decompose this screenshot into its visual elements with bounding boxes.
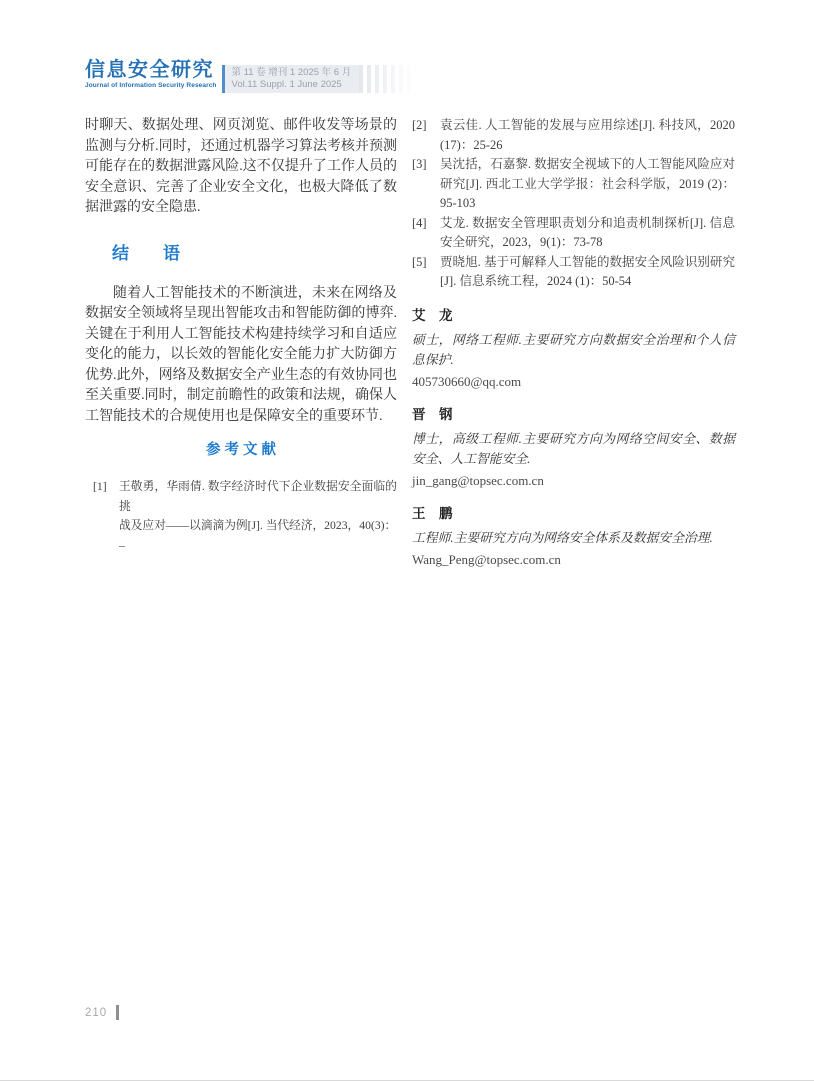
reference-item-2: [2] 袁云佳. 人工智能的发展与应用综述[J]. 科技风，2020 (17)：… — [412, 116, 735, 155]
left-column: 时聊天、数据处理、网页浏览、邮件收发等场景的监测与分析.同时，还通过机器学习算法… — [85, 116, 397, 585]
intro-paragraph: 时聊天、数据处理、网页浏览、邮件收发等场景的监测与分析.同时，还通过机器学习算法… — [85, 116, 397, 219]
author-email: Wang_Peng@topsec.com.cn — [412, 550, 735, 569]
page-number-bar-decoration — [116, 1005, 119, 1020]
reference-item-3: [3] 吴沈括，石嘉黎. 数据安全视域下的人工智能风险应对研究[J]. 西北工业… — [412, 155, 735, 214]
journal-title-en: Journal of Information Security Research — [85, 82, 217, 89]
reference-item-4: [4] 艾龙. 数据安全管理职责划分和追责机制探析[J]. 信息安全研究，202… — [412, 214, 735, 253]
author-name: 王 鹏 — [412, 506, 735, 522]
header-stripes-decoration — [359, 65, 417, 93]
two-column-body: 时聊天、数据处理、网页浏览、邮件收发等场景的监测与分析.同时，还通过机器学习算法… — [85, 116, 735, 585]
journal-header: 信息安全研究 Journal of Information Security R… — [85, 60, 417, 93]
reference-text: 吴沈括，石嘉黎. 数据安全视域下的人工智能风险应对研究[J]. 西北工业大学学报… — [440, 155, 735, 214]
right-column: [2] 袁云佳. 人工智能的发展与应用综述[J]. 科技风，2020 (17)：… — [412, 116, 735, 585]
reference-label: [3] — [412, 155, 427, 175]
author-bio-text: 工程师.主要研究方向为网络安全体系及数据安全治理. — [412, 528, 735, 548]
author-bio-text: 硕士，网络工程师.主要研究方向数据安全治理和个人信息保护. — [412, 330, 735, 370]
reference-item-1: [1] 王敬勇，华雨倩. 数字经济时代下企业数据安全面临的挑 战及应对——以滴滴… — [93, 477, 397, 555]
page-number: 210 — [85, 1007, 107, 1019]
author-bio-ailong: 艾 龙 硕士，网络工程师.主要研究方向数据安全治理和个人信息保护. 405730… — [412, 308, 735, 391]
volume-line-zh: 第 11 卷 增刊 1 2025 年 6 月 — [232, 67, 352, 79]
reference-text: 贾晓旭. 基于可解释人工智能的数据安全风险识别研究[J]. 信息系统工程，202… — [440, 253, 735, 292]
reference-text: 王敬勇，华雨倩. 数字经济时代下企业数据安全面临的挑 战及应对——以滴滴为例[J… — [119, 477, 397, 555]
reference-item-5: [5] 贾晓旭. 基于可解释人工智能的数据安全风险识别研究[J]. 信息系统工程… — [412, 253, 735, 292]
author-bio-text: 博士，高级工程师.主要研究方向为网络空间安全、数据安全、人工智能安全. — [412, 429, 735, 469]
reference-label: [1] — [93, 477, 107, 497]
reference-text: 艾龙. 数据安全管理职责划分和追责机制探析[J]. 信息安全研究，2023，9(… — [440, 214, 735, 253]
volume-line-en: Vol.11 Suppl. 1 June 2025 — [232, 79, 352, 91]
author-bio-wangpeng: 王 鹏 工程师.主要研究方向为网络安全体系及数据安全治理. Wang_Peng@… — [412, 506, 735, 569]
references-heading: 参 考 文 献 — [85, 440, 397, 460]
author-bios-section: 艾 龙 硕士，网络工程师.主要研究方向数据安全治理和个人信息保护. 405730… — [412, 308, 735, 569]
author-email: jin_gang@topsec.com.cn — [412, 471, 735, 490]
journal-title-zh: 信息安全研究 — [85, 60, 217, 81]
author-name: 晋 钢 — [412, 407, 735, 423]
author-email: 405730660@qq.com — [412, 372, 735, 391]
conclusion-paragraph: 随着人工智能技术的不断演进，未来在网络及数据安全领域将呈现出智能攻击和智能防御的… — [85, 284, 397, 428]
page-footer: 210 — [85, 1005, 119, 1020]
author-bio-jingang: 晋 钢 博士，高级工程师.主要研究方向为网络空间安全、数据安全、人工智能安全. … — [412, 407, 735, 490]
reference-text: 袁云佳. 人工智能的发展与应用综述[J]. 科技风，2020 (17)：25-2… — [440, 116, 735, 155]
journal-page: 信息安全研究 Journal of Information Security R… — [0, 0, 814, 1081]
journal-logo: 信息安全研究 Journal of Information Security R… — [85, 60, 217, 89]
reference-label: [4] — [412, 214, 427, 234]
reference-label: [2] — [412, 116, 427, 136]
volume-info-box: 第 11 卷 增刊 1 2025 年 6 月 Vol.11 Suppl. 1 J… — [222, 65, 360, 93]
reference-label: [5] — [412, 253, 427, 273]
conclusion-heading: 结 语 — [112, 243, 397, 265]
author-name: 艾 龙 — [412, 308, 735, 324]
